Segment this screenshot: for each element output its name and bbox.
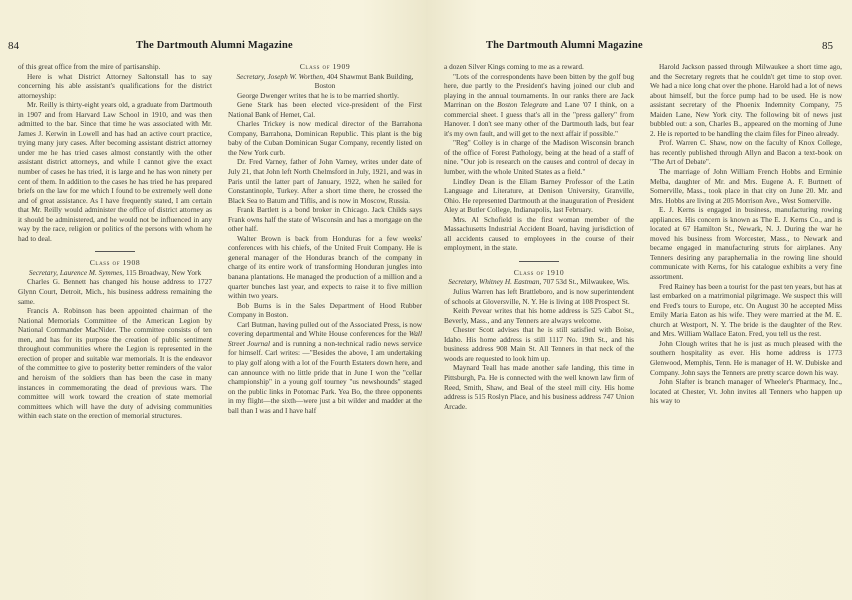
secretary-address: 707 53d St., Milwaukee, Wis.: [543, 277, 630, 286]
quoted-paragraph: Mr. Reilly is thirty-eight years old, a …: [18, 100, 212, 243]
paragraph: John Clough writes that he is just as mu…: [650, 339, 842, 377]
paragraph: Prof. Warren C. Shaw, now on the faculty…: [650, 138, 842, 167]
right-column-2: Harold Jackson passed through Milwaukee …: [650, 62, 842, 406]
paragraph: Fred Rainey has been a tourist for the p…: [650, 282, 842, 339]
paragraph: Walter Brown is back from Honduras for a…: [228, 234, 422, 301]
paragraph: "Lots of the correspondents have been bi…: [444, 72, 634, 139]
right-column-1: a dozen Silver Kings coming to me as a r…: [444, 62, 634, 411]
running-head: The Dartmouth Alumni Magazine 85: [426, 40, 852, 54]
paragraph: Gene Stark has been elected vice-preside…: [228, 100, 422, 119]
paragraph: Here is what District Attorney Saltonsta…: [18, 72, 212, 101]
class-secretary-1909: Secretary, Joseph W. Worthen, 404 Shawmu…: [228, 72, 422, 91]
paragraph: Keith Pevear writes that his home addres…: [444, 306, 634, 325]
paragraph: Mrs. Al Schofield is the first woman mem…: [444, 215, 634, 253]
text-run: and is running a non-technical radio new…: [228, 339, 422, 415]
class-secretary-1908: Secretary, Laurence M. Symmes, 115 Broad…: [18, 268, 212, 278]
paragraph: Charles Trickey is now medical director …: [228, 119, 422, 157]
paragraph: "Reg" Colley is in charge of the Madison…: [444, 138, 634, 176]
section-divider: [95, 251, 135, 252]
paragraph: Frank Bartlett is a bond broker in Chica…: [228, 205, 422, 234]
paragraph: Bob Burns is in the Sales Department of …: [228, 301, 422, 320]
running-head: 84 The Dartmouth Alumni Magazine: [0, 40, 426, 54]
secretary-name: Secretary, Whitney H. Eastman,: [448, 277, 541, 286]
class-heading-1908: Class of 1908: [18, 258, 212, 268]
paragraph: Carl Butman, having pulled out of the As…: [228, 320, 422, 415]
page-number: 85: [822, 40, 833, 52]
class-heading-1910: Class of 1910: [444, 268, 634, 278]
paragraph: Chester Scott advises that he is still s…: [444, 325, 634, 363]
paragraph: Julius Warren has left Brattleboro, and …: [444, 287, 634, 306]
page-number: 84: [8, 40, 19, 52]
secretary-address: 115 Broadway, New York: [126, 268, 201, 277]
class-heading-1909: Class of 1909: [228, 62, 422, 72]
secretary-address: 404 Shawmut Bank Building, Boston: [315, 72, 414, 91]
paragraph: Lindley Dean is the Eliam Barney Profess…: [444, 177, 634, 215]
left-column-2: Class of 1909 Secretary, Joseph W. Worth…: [228, 62, 422, 415]
paragraph: Charles G. Bennett has changed his house…: [18, 277, 212, 306]
secretary-name: Secretary, Laurence M. Symmes,: [29, 268, 124, 277]
paragraph: George Dwenger writes that he is to be m…: [228, 91, 422, 101]
running-title: The Dartmouth Alumni Magazine: [136, 40, 293, 51]
paragraph: a dozen Silver Kings coming to me as a r…: [444, 62, 634, 72]
paragraph: The marriage of John William French Hobb…: [650, 167, 842, 205]
right-page: The Dartmouth Alumni Magazine 85 a dozen…: [426, 0, 852, 600]
paragraph: Maynard Teall has made another safe land…: [444, 363, 634, 411]
paragraph: of this great office from the mire of pa…: [18, 62, 212, 72]
magazine-spread: 84 The Dartmouth Alumni Magazine of this…: [0, 0, 852, 600]
running-title: The Dartmouth Alumni Magazine: [486, 40, 643, 51]
paragraph: John Slafter is branch manager of Wheele…: [650, 377, 842, 406]
paragraph: E. J. Kerns is engaged in business, manu…: [650, 205, 842, 281]
secretary-name: Secretary, Joseph W. Worthen,: [237, 72, 325, 81]
left-column-1: of this great office from the mire of pa…: [18, 62, 212, 421]
paragraph: Francis A. Robinson has been appointed c…: [18, 306, 212, 421]
publication-title: Boston Telegram: [497, 100, 548, 109]
paragraph: Harold Jackson passed through Milwaukee …: [650, 62, 842, 138]
left-page: 84 The Dartmouth Alumni Magazine of this…: [0, 0, 426, 600]
class-secretary-1910: Secretary, Whitney H. Eastman, 707 53d S…: [444, 277, 634, 287]
paragraph: Dr. Fred Varney, father of John Varney, …: [228, 157, 422, 205]
section-divider: [519, 261, 559, 262]
text-run: Carl Butman, having pulled out of the As…: [228, 320, 422, 339]
